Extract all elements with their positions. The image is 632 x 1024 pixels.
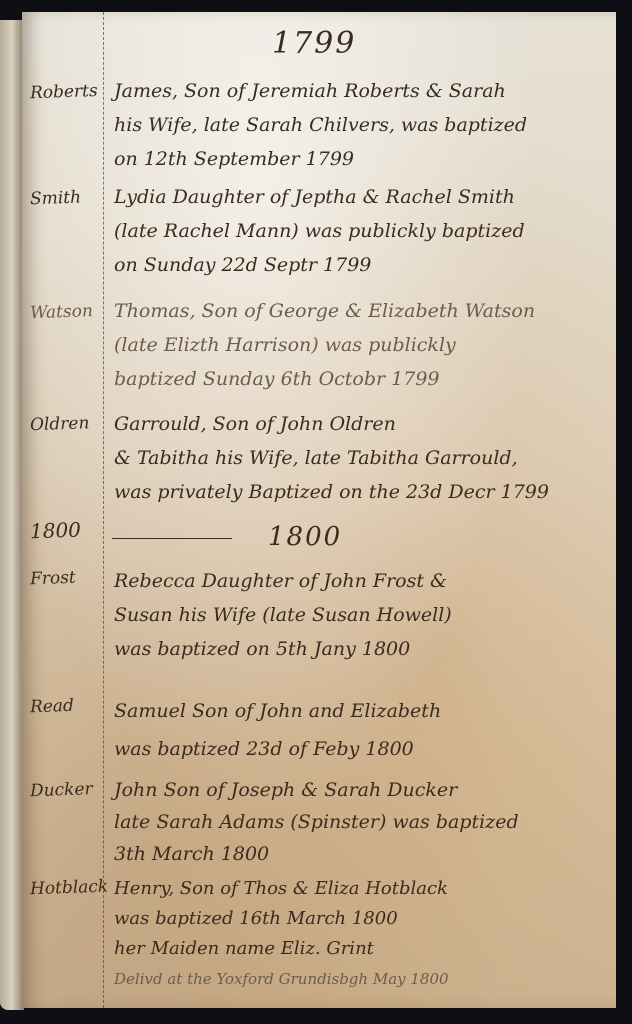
entry-oldren: Garrould, Son of John Oldren & Tabitha h… (114, 407, 614, 509)
year-heading-1799: 1799 (272, 26, 356, 61)
separator-line (112, 538, 232, 539)
entry-roberts: James, Son of Jeremiah Roberts & Sarah h… (114, 74, 614, 176)
entry-smith: Lydia Daughter of Jeptha & Rachel Smith … (114, 180, 614, 282)
margin-surname-roberts: Roberts (30, 81, 105, 104)
margin-surname-ducker: Ducker (30, 779, 105, 802)
margin-surname-oldren: Oldren (30, 413, 105, 436)
entry-ducker: John Son of Joseph & Sarah Ducker late S… (114, 774, 614, 870)
entry-line: James, Son of Jeremiah Roberts & Sarah (114, 74, 614, 108)
year-heading-1800: 1800 (268, 522, 342, 552)
entry-line: & Tabitha his Wife, late Tabitha Garroul… (114, 441, 614, 475)
register-page: 1799 Roberts James, Son of Jeremiah Robe… (22, 12, 616, 1008)
entry-read: Samuel Son of John and Elizabeth was bap… (114, 692, 614, 768)
entry-line: Lydia Daughter of Jeptha & Rachel Smith (114, 180, 614, 214)
entry-line: was baptized 23d of Feby 1800 (114, 730, 614, 768)
entry-line: (late Elizth Harrison) was publickly (114, 328, 614, 362)
entry-frost: Rebecca Daughter of John Frost & Susan h… (114, 564, 614, 666)
entry-line: on Sunday 22d Septr 1799 (114, 248, 614, 282)
entry-line: his Wife, late Sarah Chilvers, was bapti… (114, 108, 614, 142)
entry-line: (late Rachel Mann) was publickly baptize… (114, 214, 614, 248)
entry-line: Samuel Son of John and Elizabeth (114, 692, 614, 730)
entry-line: 3th March 1800 (114, 838, 614, 870)
entry-line: Susan his Wife (late Susan Howell) (114, 598, 614, 632)
margin-surname-smith: Smith (30, 187, 105, 210)
margin-rule (103, 12, 104, 1008)
entry-line: Thomas, Son of George & Elizabeth Watson (114, 294, 614, 328)
entry-watson: Thomas, Son of George & Elizabeth Watson… (114, 294, 614, 396)
entry-line: Rebecca Daughter of John Frost & (114, 564, 614, 598)
entry-line: Henry, Son of Thos & Eliza Hotblack (114, 874, 614, 904)
entry-line: Garrould, Son of John Oldren (114, 407, 614, 441)
entry-line: on 12th September 1799 (114, 142, 614, 176)
entry-line: Delivd at the Yoxford Grundisbgh May 180… (114, 964, 614, 994)
entry-line: was baptized on 5th Jany 1800 (114, 632, 614, 666)
margin-surname-watson: Watson (30, 301, 105, 324)
entry-line: baptized Sunday 6th Octobr 1799 (114, 362, 614, 396)
entry-line: was baptized 16th March 1800 (114, 904, 614, 934)
entry-hotblack: Henry, Son of Thos & Eliza Hotblack was … (114, 874, 614, 994)
margin-surname-hotblack: Hotblack (30, 877, 105, 900)
margin-year-1800: 1800 (30, 517, 105, 544)
entry-line: John Son of Joseph & Sarah Ducker (114, 774, 614, 806)
margin-surname-frost: Frost (30, 567, 105, 590)
entry-line: her Maiden name Eliz. Grint (114, 934, 614, 964)
entry-line: late Sarah Adams (Spinster) was baptized (114, 806, 614, 838)
entry-line: was privately Baptized on the 23d Decr 1… (114, 475, 614, 509)
margin-surname-read: Read (30, 695, 105, 718)
previous-page-edge (0, 20, 24, 1010)
